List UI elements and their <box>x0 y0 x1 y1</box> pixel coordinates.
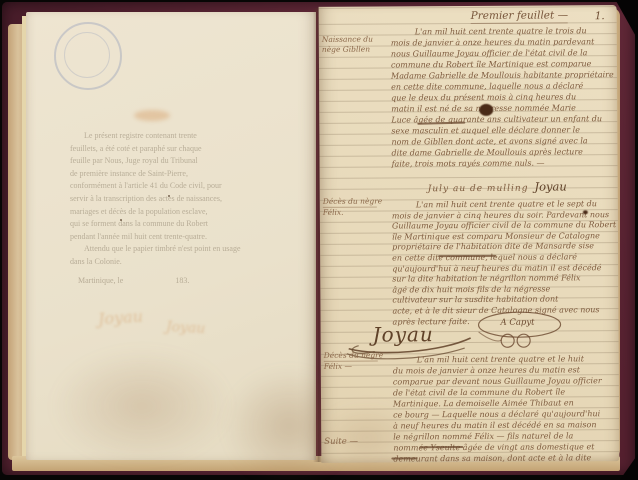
entry-line: en cette dite commune, laquelle nous a d… <box>391 80 617 92</box>
left-page: Le présent registre contenant trentefeui… <box>26 12 316 460</box>
archive-round-stamp <box>54 22 122 90</box>
bleedthrough-line: conformément à l'article 41 du Code civi… <box>70 180 296 193</box>
entry-line: faite, trois mots rayés comme nuls. — <box>392 157 618 169</box>
water-stain <box>52 348 232 464</box>
paper-speck <box>168 195 170 197</box>
bleedthrough-line: pendant l'année mil huit cent trente-qua… <box>70 231 296 244</box>
margin-note-line: Félix — <box>324 361 392 371</box>
bleedthrough-line: de première instance de Saint-Pierre, <box>70 168 296 181</box>
margin-note-line: Naissance du <box>322 34 390 44</box>
register-entry-birth: L'an mil huit cent trente quatre le troi… <box>391 25 618 169</box>
ink-blot <box>583 210 588 214</box>
strikethrough-mark <box>438 255 496 257</box>
bleedthrough-signature: Joyau <box>97 306 143 328</box>
margin-note-entry-3: Décès du nègreFélix — <box>324 350 392 371</box>
bleedthrough-line: servir à la transcription des actes de n… <box>70 193 296 206</box>
paper-speck <box>120 219 122 221</box>
bleedthrough-line: Martinique, le 183. <box>70 275 296 288</box>
strikethrough-mark <box>419 446 463 448</box>
margin-note-line: Félix. <box>323 207 391 217</box>
entry-line: qu'aujourd'hui à neuf heures du matin il… <box>392 263 618 275</box>
bleedthrough-printed-text: Le présent registre contenant trentefeui… <box>70 130 296 287</box>
bleedthrough-line: Attendu que le papier timbré n'est point… <box>70 243 296 256</box>
right-page: Premier feuillet — 1. Naissance dunège G… <box>319 5 620 463</box>
margin-note-line: Décès du nègre <box>323 197 377 208</box>
bleedthrough-line: feuille par Nous, Juge royal du Tribunal <box>70 155 296 168</box>
officer-signature: Joyau <box>534 179 566 193</box>
entry-line: nom de Gibllen dont acte, et avons signé… <box>391 135 617 147</box>
margin-note-line: Décès du nègre <box>324 351 378 362</box>
signature-text: A Capyt <box>475 317 561 328</box>
countersignature-paraph: A Capyt <box>474 309 566 354</box>
entry-line: demeurant dans sa maison, dont acte et à… <box>393 452 619 464</box>
bleedthrough-signature: Joyau <box>166 319 206 337</box>
closing-annotation: July au de mulling <box>428 184 529 195</box>
entry-line: L'an mil huit cent trente quatre et le s… <box>392 199 618 211</box>
scanned-register-spread: Le présent registre contenant trentefeui… <box>0 0 638 480</box>
margin-note-entry-1: Naissance dunège Gibllen <box>322 34 390 54</box>
margin-note-line: nège Gibllen <box>322 44 390 54</box>
ink-smudge <box>134 110 170 121</box>
bleedthrough-line: feuillets, a été coté et paraphé sur cha… <box>70 143 296 156</box>
entry-line: à neuf heures du matin il est décédé en … <box>393 419 619 431</box>
strikethrough-mark <box>391 457 417 459</box>
entry-1-closing-signature: July au de mullingJoyau <box>428 179 567 194</box>
paraph-oval <box>474 309 566 354</box>
register-entry-death-1: L'an mil huit cent trente quatre et le s… <box>392 199 619 328</box>
ink-blot <box>479 104 493 116</box>
bleedthrough-line: qui se forment dans la commune du Robert <box>70 218 296 231</box>
bleedthrough-line: Le présent registre contenant trente <box>70 130 296 143</box>
margin-note-continuation: Suite — <box>324 437 358 447</box>
margin-note-entry-2: Décès du nègreFélix. <box>323 196 391 217</box>
signature-text: Joyau <box>373 322 434 346</box>
page-header: Premier feuillet — <box>471 9 568 24</box>
bleedthrough-line: dans la Colonie. <box>70 256 296 269</box>
entry-line: propriétaire de l'habitation dite de Man… <box>392 241 618 253</box>
page-number: 1. <box>595 10 605 22</box>
archive-round-stamp-inner-ring <box>64 32 110 78</box>
entry-line: comparue par devant nous Guillaume Joyau… <box>393 375 619 387</box>
bleedthrough-line: mariages et décès de la population escla… <box>70 206 296 219</box>
